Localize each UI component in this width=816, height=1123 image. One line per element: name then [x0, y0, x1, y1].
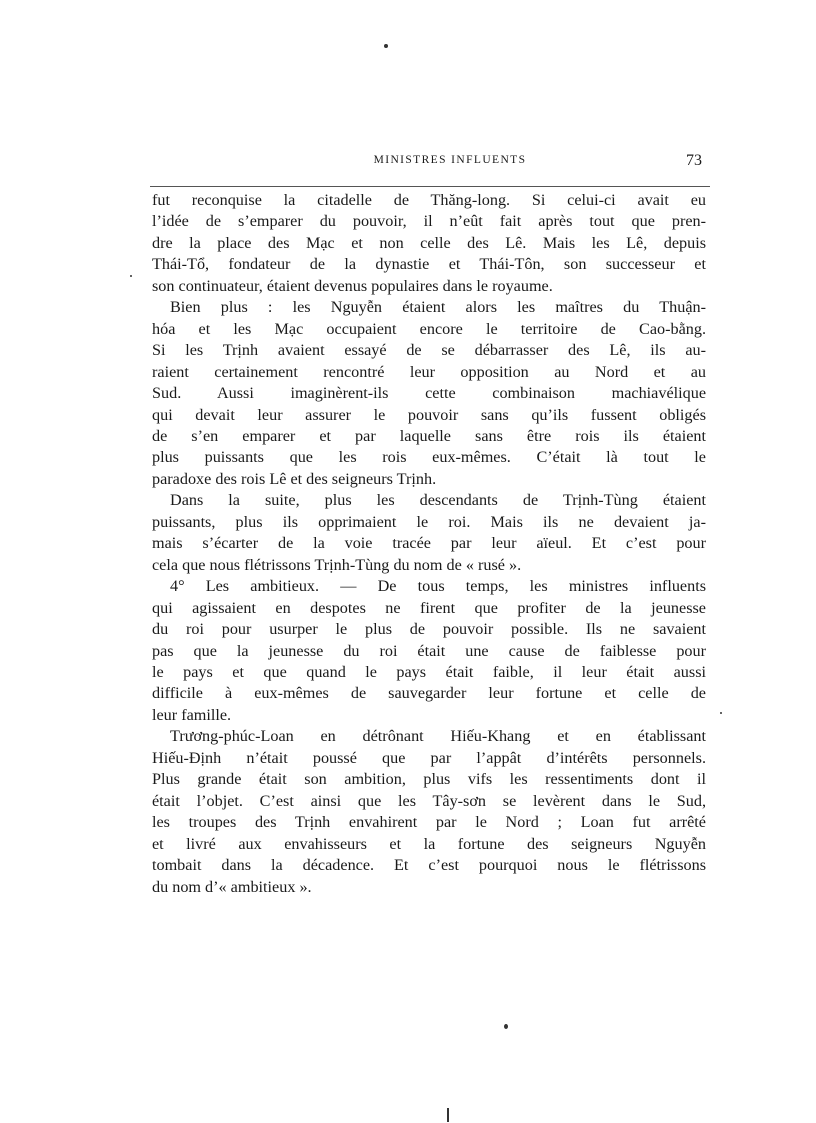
text-line: Bien plus : les Nguyễn étaient alors les…: [152, 297, 706, 318]
scan-speck: [130, 275, 132, 277]
text-line: son continuateur, étaient devenus popula…: [152, 276, 706, 297]
text-line: Plus grande était son ambition, plus vif…: [152, 769, 706, 790]
running-title: MINISTRES INFLUENTS: [330, 154, 570, 166]
text-line: Si les Trịnh avaient essayé de se débarr…: [152, 340, 706, 361]
page-number: 73: [686, 152, 702, 170]
text-line: tombait dans la décadence. Et c’est pour…: [152, 855, 706, 876]
text-line: Sud. Aussi imaginèrent-ils cette combina…: [152, 383, 706, 404]
scan-speck: [447, 1108, 449, 1122]
text-line: difficile à eux-mêmes de sauvegarder leu…: [152, 683, 706, 704]
text-line: fut reconquise la citadelle de Thăng-lon…: [152, 190, 706, 211]
section-heading-line: 4° Les ambitieux. — De tous temps, les m…: [152, 576, 706, 597]
text-line: le pays et que quand le pays était faibl…: [152, 662, 706, 683]
text-line: les troupes des Trịnh envahirent par le …: [152, 812, 706, 833]
text-line: du nom d’« ambitieux ».: [152, 877, 706, 898]
text-line: dre la place des Mạc et non celle des Lê…: [152, 233, 706, 254]
text-line: qui agissaient en despotes ne firent que…: [152, 598, 706, 619]
text-line: qui devait leur assurer le pouvoir sans …: [152, 405, 706, 426]
header-rule: [150, 186, 710, 187]
text-line: était l’objet. C’est ainsi que les Tây-s…: [152, 791, 706, 812]
scan-speck: [384, 44, 388, 48]
text-line: puissants, plus ils opprimaient le roi. …: [152, 512, 706, 533]
text-line: leur famille.: [152, 705, 706, 726]
text-line: pas que la jeunesse du roi était une cau…: [152, 641, 706, 662]
scan-speck: [504, 1024, 508, 1029]
book-page: MINISTRES INFLUENTS 73 fut reconquise la…: [0, 0, 816, 1123]
text-line: raient certainement rencontré leur oppos…: [152, 362, 706, 383]
text-line: Dans la suite, plus les descendants de T…: [152, 490, 706, 511]
text-line: plus puissants que les rois eux-mêmes. C…: [152, 447, 706, 468]
body-text: fut reconquise la citadelle de Thăng-lon…: [152, 190, 706, 898]
scan-speck: [720, 712, 722, 714]
text-line: Thái-Tổ, fondateur de la dynastie et Thá…: [152, 254, 706, 275]
text-line: du roi pour usurper le plus de pouvoir p…: [152, 619, 706, 640]
page-header: MINISTRES INFLUENTS 73: [150, 152, 710, 176]
text-line: paradoxe des rois Lê et des seigneurs Tr…: [152, 469, 706, 490]
text-line: et livré aux envahisseurs et la fortune …: [152, 834, 706, 855]
text-line: de s’en emparer et par laquelle sans êtr…: [152, 426, 706, 447]
text-line: Trương-phúc-Loan en détrônant Hiếu-Khang…: [152, 726, 706, 747]
text-line: Hiếu-Định n’était poussé que par l’appât…: [152, 748, 706, 769]
text-line: hóa et les Mạc occupaient encore le terr…: [152, 319, 706, 340]
text-line: cela que nous flétrissons Trịnh-Tùng du …: [152, 555, 706, 576]
text-line: l’idée de s’emparer du pouvoir, il n’eût…: [152, 211, 706, 232]
text-line: mais s’écarter de la voie tracée par leu…: [152, 533, 706, 554]
